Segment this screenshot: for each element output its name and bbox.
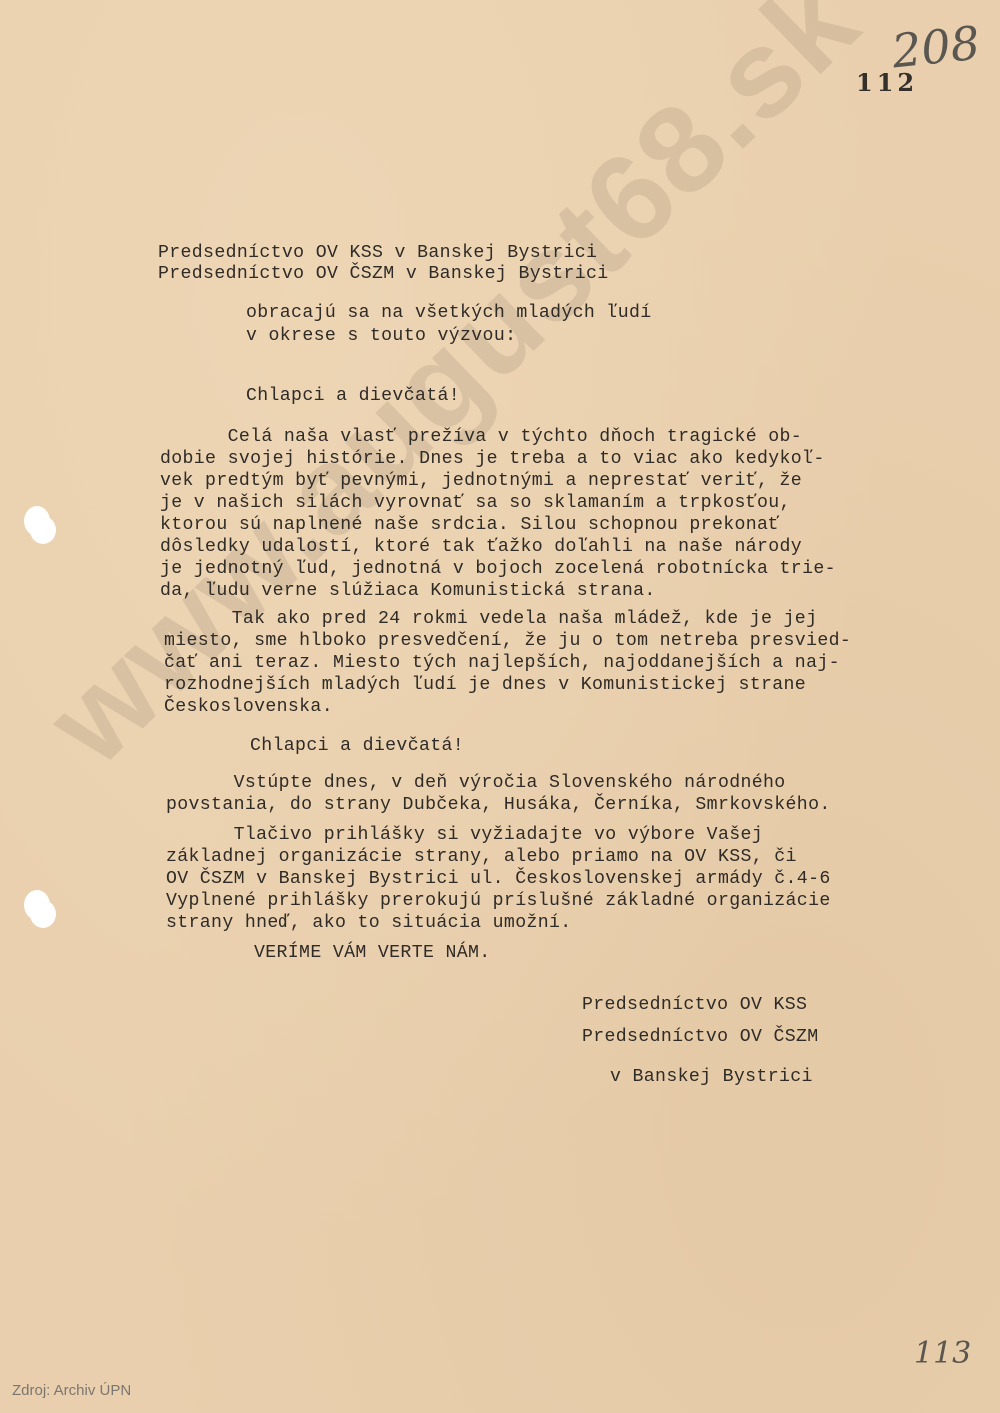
intro-line-1: obracajú sa na všetkých mladých ľudí (246, 302, 652, 324)
paragraph-line: ktorou sú naplnené naše srdcia. Silou sc… (160, 514, 780, 536)
paragraph-line: da, ľudu verne slúžiaca Komunistická str… (160, 580, 656, 602)
signature-line-kss: Predsedníctvo OV KSS (582, 994, 807, 1016)
handwritten-page-number-bottom: 113 (914, 1336, 971, 1371)
paragraph-line: miesto, sme hlboko presvedčení, že ju o … (164, 630, 851, 652)
paragraph-line: Vyplnené prihlášky prerokujú príslušné z… (166, 890, 831, 912)
header-line-cszm: Predsedníctvo OV ČSZM v Banskej Bystrici (158, 263, 609, 285)
punch-hole-top (24, 506, 50, 536)
intro-line-2: v okrese s touto výzvou: (246, 325, 516, 347)
paragraph-line: rozhodnejších mladých ľudí je dnes v Kom… (164, 674, 806, 696)
paragraph-line: OV ČSZM v Banskej Bystrici ul. Českoslov… (166, 868, 831, 890)
paragraph-line: Tak ako pred 24 rokmi vedela naša mládež… (164, 608, 817, 630)
paragraph-line: Československa. (164, 696, 333, 718)
paragraph-line: Tlačivo prihlášky si vyžiadajte vo výbor… (166, 824, 763, 846)
handwritten-page-number-top: 208 (889, 16, 982, 79)
paragraph-line: dobie svojej histórie. Dnes je treba a t… (160, 448, 825, 470)
paragraph-line: vek predtým byť pevnými, jednotnými a ne… (160, 470, 802, 492)
punch-hole-bottom (24, 890, 50, 920)
signature-line-city: v Banskej Bystrici (610, 1066, 813, 1088)
paragraph-line: Vstúpte dnes, v deň výročia Slovenského … (166, 772, 786, 794)
paragraph-line: základnej organizácie strany, alebo pria… (166, 846, 797, 868)
signature-line-cszm: Predsedníctvo OV ČSZM (582, 1026, 819, 1048)
closing-line: VERÍME VÁM VERTE NÁM. (254, 942, 491, 964)
salutation-1: Chlapci a dievčatá! (246, 385, 460, 407)
header-line-kss: Predsedníctvo OV KSS v Banskej Bystrici (158, 242, 597, 264)
paragraph-line: povstania, do strany Dubčeka, Husáka, Če… (166, 794, 831, 816)
source-caption: Zdroj: Archiv ÚPN (12, 1382, 131, 1399)
salutation-2: Chlapci a dievčatá! (250, 735, 464, 757)
paragraph-line: čať ani teraz. Miesto tých najlepších, n… (164, 652, 840, 674)
paragraph-line: Celá naša vlasť prežíva v týchto dňoch t… (160, 426, 802, 448)
paragraph-line: strany hneď, ako to situácia umožní. (166, 912, 572, 934)
paragraph-line: je jednotný ľud, jednotná v bojoch zocel… (160, 558, 836, 580)
paragraph-line: je v našich silách vyrovnať sa so sklama… (160, 492, 791, 514)
paragraph-line: dôsledky udalostí, ktoré tak ťažko doľah… (160, 536, 802, 558)
